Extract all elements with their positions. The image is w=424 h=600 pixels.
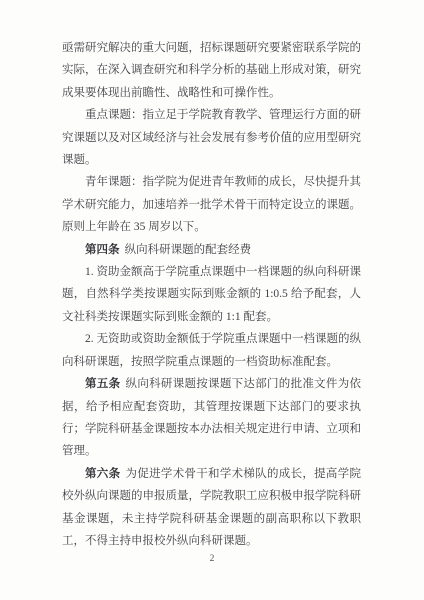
- article-6-label: 第六条: [85, 468, 120, 480]
- paragraph-continued: 亟需研究解决的重大问题，招标课题研究要紧密联系学院的实际，在深入调查研究和科学分…: [62, 37, 361, 104]
- article-4-label: 第四条: [85, 244, 120, 256]
- paragraph-funding-rule-1: 1. 资助金额高于学院重点课题中一档课题的纵向科研课题，自然科学类按课题实际到账…: [62, 261, 361, 328]
- paragraph-funding-rule-2: 2. 无资助或资助金额低于学院重点课题中一档课题的纵向科研课题，按照学院重点课题…: [62, 328, 361, 373]
- paragraph-article-5: 第五条纵向科研课题按课题下达部门的批准文件为依据，给予相应配套资助，其管理按课题…: [62, 373, 361, 463]
- document-body: 亟需研究解决的重大问题，招标课题研究要紧密联系学院的实际，在深入调查研究和科学分…: [62, 37, 361, 552]
- document-page: 亟需研究解决的重大问题，招标课题研究要紧密联系学院的实际，在深入调查研究和科学分…: [0, 0, 424, 600]
- paragraph-youth-topic-definition: 青年课题：指学院为促进青年教师的成长，尽快提升其学术研究能力，加速培养一批学术骨…: [62, 171, 361, 238]
- paragraph-key-topic-definition: 重点课题：指立足于学院教育教学、管理运行方面的研究课题以及对区域经济与社会发展有…: [62, 104, 361, 171]
- paragraph-article-4: 第四条纵向科研课题的配套经费: [62, 239, 361, 261]
- article-4-body: 纵向科研课题的配套经费: [125, 244, 252, 256]
- article-5-label: 第五条: [85, 378, 120, 390]
- page-number: 2: [0, 554, 424, 564]
- paragraph-article-6: 第六条为促进学术骨干和学术梯队的成长，提高学院校外纵向课题的申报质量，学院教职工…: [62, 463, 361, 553]
